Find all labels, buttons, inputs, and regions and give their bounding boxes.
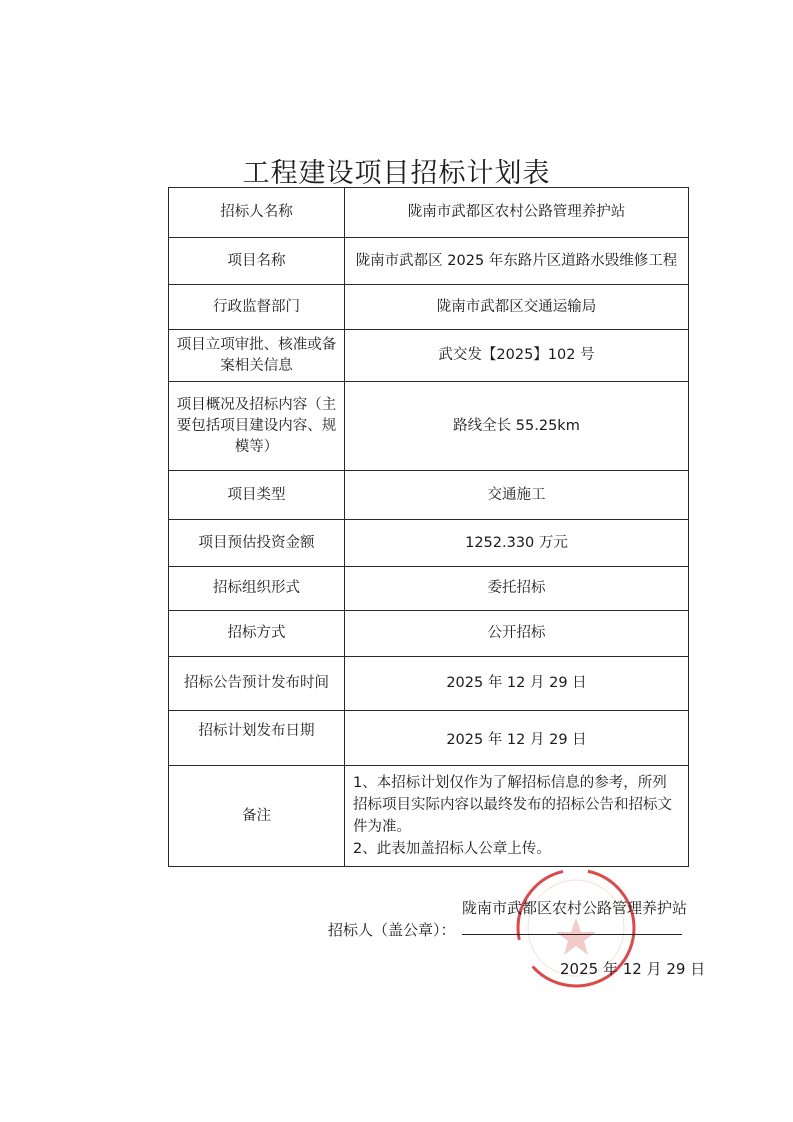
row-label-project-type: 项目类型: [169, 471, 345, 520]
remarks-content: 1、本招标计划仅作为了解招标信息的参考，所列招标项目实际内容以最终发布的招标公告…: [345, 766, 689, 867]
table-row: 招标方式 公开招标: [169, 611, 689, 657]
signature-organization: 陇南市武都区农村公路管理养护站: [462, 897, 687, 918]
row-label-method: 招标方式: [169, 611, 345, 657]
row-label-plan-date: 招标计划发布日期: [169, 711, 345, 766]
row-label-announcement-time: 招标公告预计发布时间: [169, 657, 345, 711]
document-title: 工程建设项目招标计划表: [0, 151, 793, 190]
row-label-overview: 项目概况及招标内容（主要包括项目建设内容、规模等）: [169, 382, 345, 471]
row-label-organization-form: 招标组织形式: [169, 567, 345, 611]
row-label-investment: 项目预估投资金额: [169, 520, 345, 567]
table-row: 行政监督部门 陇南市武都区交通运输局: [169, 285, 689, 330]
row-label-project-name: 项目名称: [169, 238, 345, 285]
row-value-method: 公开招标: [345, 611, 689, 657]
table-row: 招标组织形式 委托招标: [169, 567, 689, 611]
table-row: 招标公告预计发布时间 2025 年 12 月 29 日: [169, 657, 689, 711]
table-row: 项目类型 交通施工: [169, 471, 689, 520]
signature-line: [462, 934, 682, 935]
row-label-approval: 项目立项审批、核准或备案相关信息: [169, 330, 345, 382]
row-value-tenderer: 陇南市武都区农村公路管理养护站: [345, 188, 689, 238]
row-value-approval: 武交发【2025】102 号: [345, 330, 689, 382]
table-row: 招标人名称 陇南市武都区农村公路管理养护站: [169, 188, 689, 238]
signature-label: 招标人（盖公章）：: [328, 919, 456, 940]
table-row: 招标计划发布日期 2025 年 12 月 29 日: [169, 711, 689, 766]
row-label-tenderer: 招标人名称: [169, 188, 345, 238]
remark-line-2: 2、此表加盖招标人公章上传。: [353, 838, 680, 860]
table-row: 项目立项审批、核准或备案相关信息 武交发【2025】102 号: [169, 330, 689, 382]
table-row: 项目预估投资金额 1252.330 万元: [169, 520, 689, 567]
row-value-investment: 1252.330 万元: [345, 520, 689, 567]
remark-line-1: 1、本招标计划仅作为了解招标信息的参考，所列招标项目实际内容以最终发布的招标公告…: [353, 772, 680, 838]
remarks-label: 备注: [169, 766, 345, 867]
table-row: 项目概况及招标内容（主要包括项目建设内容、规模等） 路线全长 55.25km: [169, 382, 689, 471]
signature-date: 2025 年 12 月 29 日: [560, 958, 705, 979]
row-value-overview: 路线全长 55.25km: [345, 382, 689, 471]
row-value-supervisor: 陇南市武都区交通运输局: [345, 285, 689, 330]
table-row-remarks: 备注 1、本招标计划仅作为了解招标信息的参考，所列招标项目实际内容以最终发布的招…: [169, 766, 689, 867]
row-value-plan-date: 2025 年 12 月 29 日: [345, 711, 689, 766]
row-label-supervisor: 行政监督部门: [169, 285, 345, 330]
row-value-organization-form: 委托招标: [345, 567, 689, 611]
row-value-project-type: 交通施工: [345, 471, 689, 520]
row-value-project-name: 陇南市武都区 2025 年东路片区道路水毁维修工程: [345, 238, 689, 285]
tender-plan-table: 招标人名称 陇南市武都区农村公路管理养护站 项目名称 陇南市武都区 2025 年…: [168, 187, 689, 867]
row-value-announcement-time: 2025 年 12 月 29 日: [345, 657, 689, 711]
table-row: 项目名称 陇南市武都区 2025 年东路片区道路水毁维修工程: [169, 238, 689, 285]
